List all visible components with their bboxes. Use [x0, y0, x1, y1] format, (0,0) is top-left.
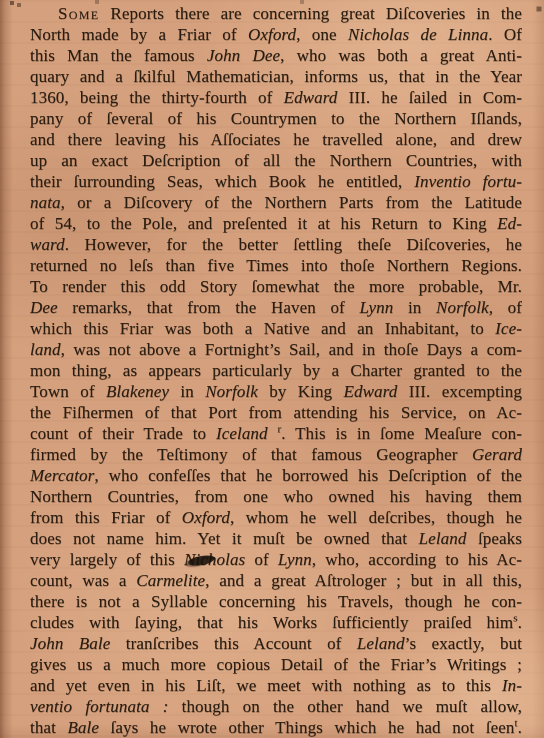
text-line: ventio fortunata : though on the other h… [30, 696, 522, 717]
text-segment: quary and a ſkilful Mathematician, infor… [30, 67, 522, 86]
text-segment: Reports there are concerning great Diſco… [99, 4, 522, 23]
text-segment: In- [502, 676, 522, 695]
text-line: Mercator, who confeſſes that he borrowed… [30, 465, 522, 486]
text-segment: To render this odd Story ſomewhat the mo… [30, 277, 522, 296]
text-segment: Ed- [497, 214, 522, 233]
text-line: which this Friar was both a Native and a… [30, 318, 522, 339]
text-segment: in [169, 382, 205, 401]
text-segment: , who was both a great Anti- [280, 46, 522, 65]
cut-off-text-fragment [0, 1, 2, 3]
text-segment: the Fiſhermen of that Port from attendin… [30, 403, 522, 422]
text-segment: firmed by the Teſtimony of that famous G… [30, 445, 472, 464]
text-line: Dee remarks, that from the Haven of Lynn… [30, 297, 522, 318]
text-line: and yet even in his Liſt, we meet with n… [30, 675, 522, 696]
text-segment: Blakeney [106, 382, 169, 401]
text-segment: Lynn [359, 298, 393, 317]
text-segment: John Bale [30, 634, 110, 653]
text-segment: Mercator [30, 466, 94, 485]
text-line: does not name him. Yet it muſt be owned … [30, 528, 522, 549]
text-segment: mon thing, as appears particularly by a … [30, 361, 522, 380]
text-segment: , and a great Aſtrologer ; but in all th… [205, 571, 522, 590]
text-segment: Dee [30, 298, 58, 317]
text-segment: and there leaving his Aſſociates he trav… [30, 130, 522, 149]
text-segment: 1360, being the thirty-fourth of [30, 88, 284, 107]
text-segment: Some [58, 4, 99, 23]
text-line: pany of ſeveral of his Countrymen to the… [30, 108, 522, 129]
text-segment: Northern Countries, from one who owned h… [30, 487, 522, 506]
text-line: 1360, being the thirty-fourth of Edward … [30, 87, 522, 108]
text-segment: Gerard [472, 445, 522, 464]
text-segment: , or a Diſcovery of the Northern Parts f… [61, 193, 522, 212]
text-segment: , of [489, 298, 522, 317]
text-line: count of their Trade to Iceland r. This … [30, 423, 522, 444]
text-line: cludes with ſaying, that his Works ſuffi… [30, 612, 522, 633]
text-segment: land [30, 340, 61, 359]
text-segment: count of their Trade to [30, 424, 216, 443]
text-segment: III. he ſailed in Com- [337, 88, 522, 107]
text-segment: very largely of this [30, 550, 184, 569]
text-segment: Edward [344, 382, 398, 401]
text-line: land, was not above a Fortnight’s Sail, … [30, 339, 522, 360]
text-segment: Bale [67, 718, 99, 737]
text-segment: Town of [30, 382, 106, 401]
text-line: their ſurrounding Seas, which Book he en… [30, 171, 522, 192]
text-segment: there is not a Syllable concerning his T… [30, 592, 522, 611]
text-line: Town of Blakeney in Norfolk by King Edwa… [30, 381, 522, 402]
text-segment: from this Friar of [30, 508, 182, 527]
text-segment: this Man the famous [30, 46, 207, 65]
text-segment: of [245, 550, 278, 569]
text-segment: . [518, 613, 522, 632]
text-line: this Man the famous John Dee, who was bo… [30, 45, 522, 66]
text-segment: Norfolk [436, 298, 489, 317]
text-segment: Lynn [278, 550, 312, 569]
text-line: of 54, to the Pole, and preſented it at … [30, 213, 522, 234]
text-line: firmed by the Teſtimony of that famous G… [30, 444, 522, 465]
text-line: quary and a ſkilful Mathematician, infor… [30, 66, 522, 87]
text-segment: . [518, 718, 522, 737]
text-line: Some Reports there are concerning great … [30, 3, 522, 24]
text-segment: Edward [284, 88, 338, 107]
text-segment: Nicholas de Linna [348, 25, 488, 44]
text-segment [268, 424, 278, 443]
text-segment: ’s exactly, but [405, 634, 522, 653]
text-segment: ventio fortunata : [30, 697, 168, 716]
text-line: up an exact Deſcription of all the North… [30, 150, 522, 171]
text-segment: remarks, that from the Haven of [58, 298, 360, 317]
text-line: returned no leſs than five Times into th… [30, 255, 522, 276]
text-segment: III. excempting [397, 382, 522, 401]
text-line: Northern Countries, from one who owned h… [30, 486, 522, 507]
text-segment: ſpeaks [466, 529, 522, 548]
text-segment: ſays he wrote other Things which he had … [99, 718, 514, 737]
text-segment: Norfolk [205, 382, 258, 401]
text-segment: does not name him. Yet it muſt be owned … [30, 529, 419, 548]
text-segment: Oxford [248, 25, 296, 44]
text-segment: count, was a [30, 571, 136, 590]
text-line: gives us a much more copious Detail of t… [30, 654, 522, 675]
text-segment: in [393, 298, 436, 317]
text-segment: ward [30, 235, 65, 254]
text-line: mon thing, as appears particularly by a … [30, 360, 522, 381]
text-line: that Bale ſays he wrote other Things whi… [30, 717, 522, 738]
text-line: ward. However, for the better ſettling t… [30, 234, 522, 255]
scanned-book-page: { "document": { "kind": "antique printed… [0, 0, 544, 738]
text-segment: John Dee [207, 46, 280, 65]
text-segment: . This is in ſome Meaſure con- [281, 424, 522, 443]
text-segment: Leland [419, 529, 467, 548]
text-segment: , was not above a Fortnight’s Sail, and … [61, 340, 522, 359]
page-text: Some Reports there are concerning great … [30, 3, 522, 738]
text-line: the Fiſhermen of that Port from attendin… [30, 402, 522, 423]
text-segment: tranſcribes this Account of [110, 634, 356, 653]
text-line: To render this odd Story ſomewhat the mo… [30, 276, 522, 297]
text-segment: returned no leſs than five Times into th… [30, 256, 522, 275]
text-segment: North made by a Friar of [30, 25, 248, 44]
text-segment: nata [30, 193, 61, 212]
text-line: from this Friar of Oxford, whom he well … [30, 507, 522, 528]
text-line: and there leaving his Aſſociates he trav… [30, 129, 522, 150]
text-segment: which this Friar was both a Native and a… [30, 319, 495, 338]
text-segment: of 54, to the Pole, and preſented it at … [30, 214, 497, 233]
text-segment: . However, for the better ſettling theſe… [65, 235, 522, 254]
text-segment: that [30, 718, 67, 737]
text-line: very largely of this Nicholas of Lynn, w… [30, 549, 522, 570]
text-line: nata, or a Diſcovery of the Northern Par… [30, 192, 522, 213]
text-line: John Bale tranſcribes this Account of Le… [30, 633, 522, 654]
text-segment: Carmelite [136, 571, 205, 590]
text-segment: Iceland [216, 424, 268, 443]
text-segment: , one [296, 25, 348, 44]
text-segment: cludes with ſaying, that his Works ſuffi… [30, 613, 513, 632]
text-segment: Inventio fortu- [414, 172, 522, 191]
text-segment: gives us a much more copious Detail of t… [30, 655, 522, 674]
text-segment: by King [258, 382, 344, 401]
text-segment: Leland [357, 634, 405, 653]
text-segment: their ſurrounding Seas, which Book he en… [30, 172, 414, 191]
text-segment: , whom he well deſcribes, though he [230, 508, 522, 527]
text-segment: Ice- [495, 319, 522, 338]
text-segment: , who, according to his Ac- [312, 550, 522, 569]
text-segment: up an exact Deſcription of all the North… [30, 151, 522, 170]
text-line: there is not a Syllable concerning his T… [30, 591, 522, 612]
text-segment: , who confeſſes that he borrowed his Deſ… [94, 466, 522, 485]
text-segment: Oxford [182, 508, 230, 527]
text-segment: pany of ſeveral of his Countrymen to the… [30, 109, 522, 128]
text-segment: though on the other hand we muſt allow, [168, 697, 522, 716]
text-segment: and yet even in his Liſt, we meet with n… [30, 676, 502, 695]
text-line: count, was a Carmelite, and a great Aſtr… [30, 570, 522, 591]
text-segment: . Of [488, 25, 522, 44]
text-line: North made by a Friar of Oxford, one Nic… [30, 24, 522, 45]
